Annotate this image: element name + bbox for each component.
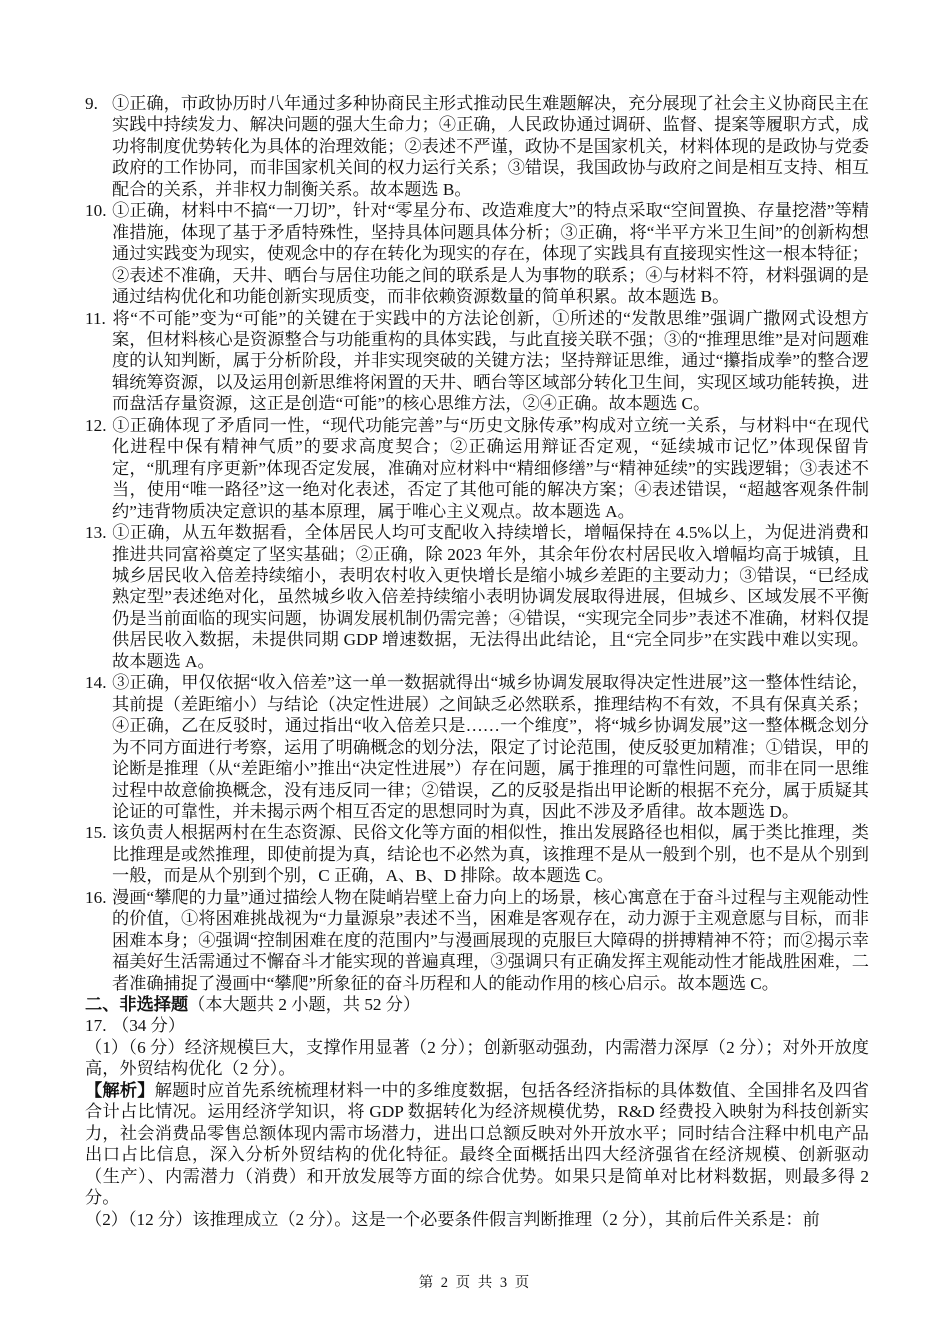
answer-item-15: 15.该负责人根据两村在生态资源、民俗文化等方面的相似性，推出发展路径也相似，属… <box>85 822 869 886</box>
item-text: ③正确，甲仅依据“收入倍差”这一单一数据就得出“城乡协调发展取得决定性进展”这一… <box>112 673 869 821</box>
answer-item-11: 11.将“不可能”变为“可能”的关键在于实践中的方法论创新，①所述的“发散思维”… <box>85 308 869 415</box>
item-number: 15. <box>85 822 112 843</box>
section-two-title: 二、非选择题 <box>85 995 188 1014</box>
answer-item-9: 9.①正确，市政协历时八年通过多种协商民主形式推动民生难题解决，充分展现了社会主… <box>85 93 869 200</box>
item-text: ①正确体现了矛盾同一性，“现代功能完善”与“历史文脉传承”构成对立统一关系，与材… <box>112 416 869 521</box>
answer-item-16: 16.漫画“攀爬的力量”通过描绘人物在陡峭岩壁上奋力向上的场景，核心寓意在于奋斗… <box>85 887 869 994</box>
item-text: ①正确，材料中不搞“一刀切”，针对“零星分布、改造难度大”的特点采取“空间置换、… <box>112 201 869 306</box>
section-two-heading: 二、非选择题（本大题共 2 小题，共 52 分） <box>85 994 869 1015</box>
item-number: 12. <box>85 415 112 436</box>
item-number: 9. <box>85 93 112 114</box>
analysis-text: 解题时应首先系统梳理材料一中的多维度数据，包括各经济指标的具体数值、全国排名及四… <box>85 1081 869 1207</box>
item-number: 14. <box>85 672 112 693</box>
item-number: 16. <box>85 887 112 908</box>
answer-item-10: 10.①正确，材料中不搞“一刀切”，针对“零星分布、改造难度大”的特点采取“空间… <box>85 200 869 307</box>
question-17-score: （34 分） <box>112 1016 185 1035</box>
page-footer: 第 2 页 共 3 页 <box>0 1271 950 1292</box>
item-text: ①正确，市政协历时八年通过多种协商民主形式推动民生难题解决，充分展现了社会主义协… <box>112 94 869 199</box>
analysis-label: 【解析】 <box>85 1081 155 1100</box>
item-text: ①正确，从五年数据看，全体居民人均可支配收入持续增长，增幅保持在 4.5%以上，… <box>112 523 869 671</box>
answer-item-12: 12.①正确体现了矛盾同一性，“现代功能完善”与“历史文脉传承”构成对立统一关系… <box>85 415 869 522</box>
item-number: 13. <box>85 522 112 543</box>
question-17-number: 17. <box>85 1015 112 1036</box>
item-number: 10. <box>85 200 112 221</box>
section-two-note: （本大题共 2 小题，共 52 分） <box>188 995 420 1014</box>
answer-item-13: 13.①正确，从五年数据看，全体居民人均可支配收入持续增长，增幅保持在 4.5%… <box>85 522 869 672</box>
item-text: 该负责人根据两村在生态资源、民俗文化等方面的相似性，推出发展路径也相似，属于类比… <box>112 823 869 885</box>
question-17-heading: 17.（34 分） <box>85 1015 869 1036</box>
item-text: 将“不可能”变为“可能”的关键在于实践中的方法论创新，①所述的“发散思维”强调广… <box>112 309 869 414</box>
q17-part2-answer: （2）（12 分）该推理成立（2 分）。这是一个必要条件假言判断推理（2 分），… <box>85 1209 869 1230</box>
q17-analysis: 【解析】解题时应首先系统梳理材料一中的多维度数据，包括各经济指标的具体数值、全国… <box>85 1080 869 1209</box>
answer-item-14: 14.③正确，甲仅依据“收入倍差”这一单一数据就得出“城乡协调发展取得决定性进展… <box>85 672 869 822</box>
item-number: 11. <box>85 308 112 329</box>
q17-part1-answer: （1）（6 分）经济规模巨大，支撑作用显著（2 分）；创新驱动强劲，内需潜力深厚… <box>85 1037 869 1080</box>
item-text: 漫画“攀爬的力量”通过描绘人物在陡峭岩壁上奋力向上的场景，核心寓意在于奋斗过程与… <box>112 888 869 993</box>
answer-content: 9.①正确，市政协历时八年通过多种协商民主形式推动民生难题解决，充分展现了社会主… <box>85 93 869 1230</box>
answer-key-page: 9.①正确，市政协历时八年通过多种协商民主形式推动民生难题解决，充分展现了社会主… <box>0 0 950 1343</box>
